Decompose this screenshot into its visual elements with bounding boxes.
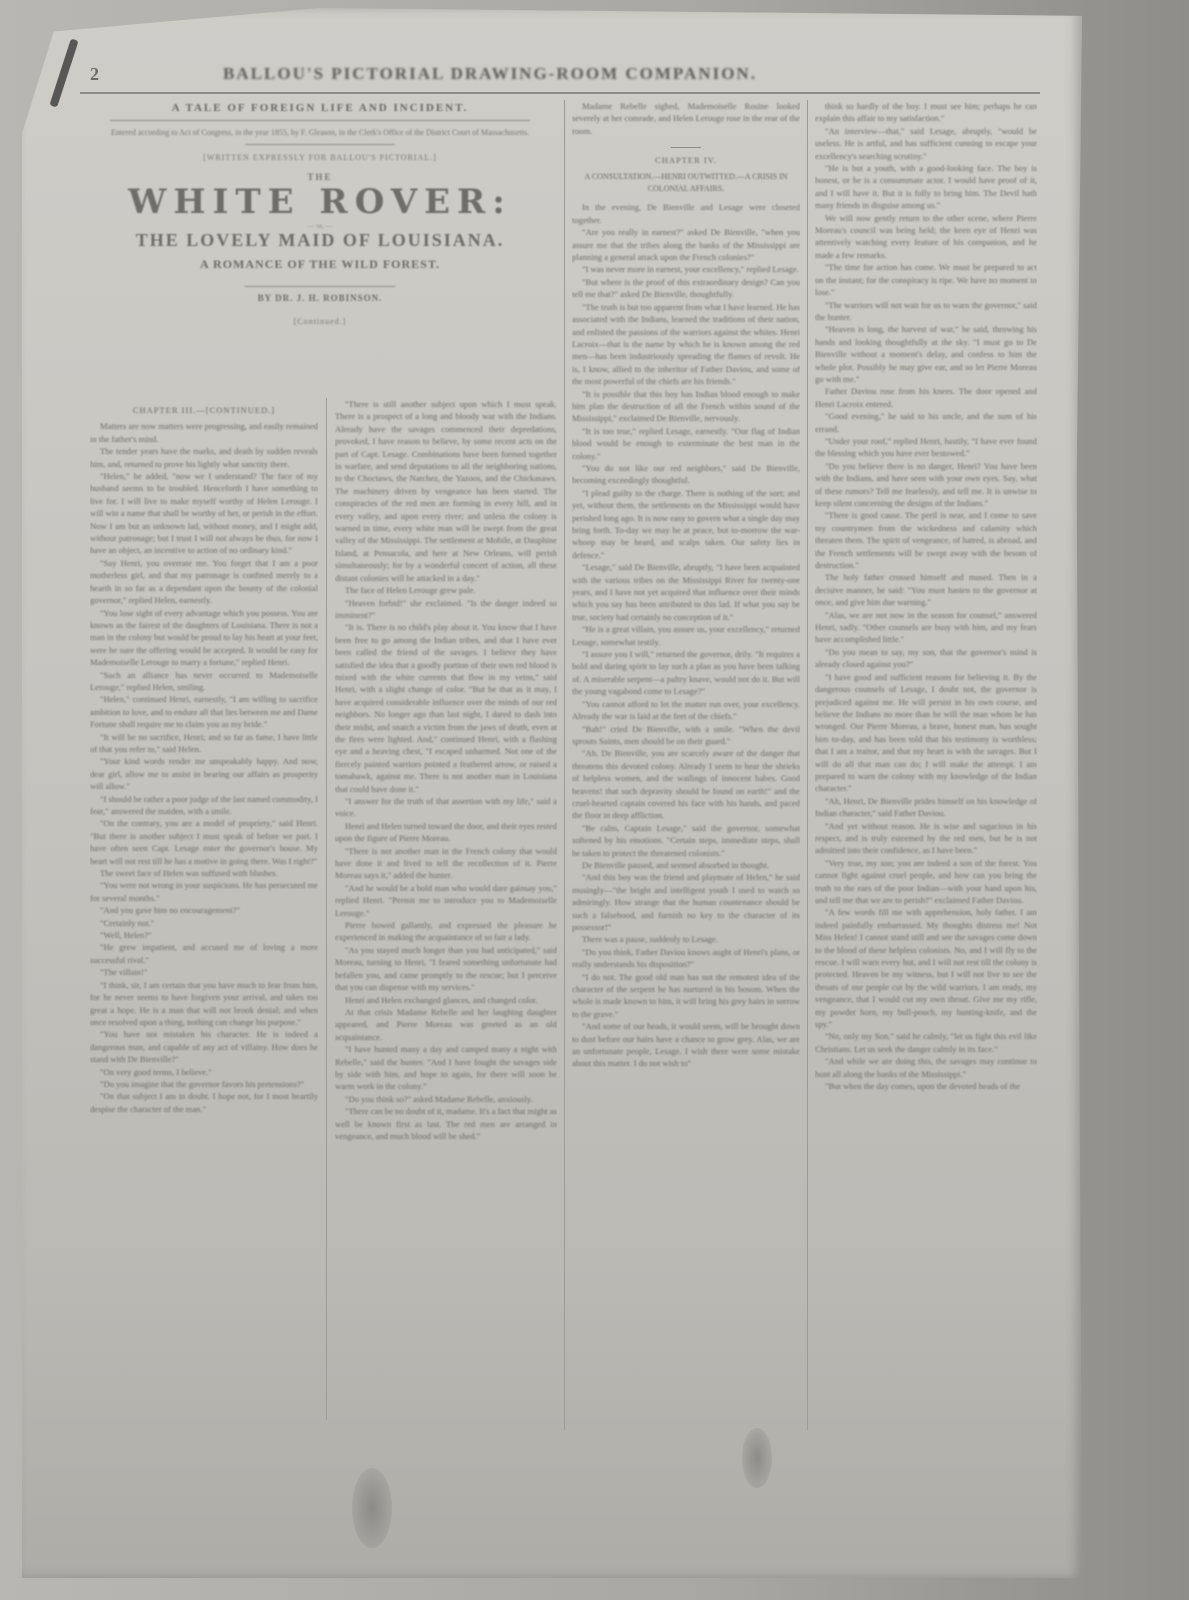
paragraph: "And this boy was the friend and playmat…: [572, 871, 800, 933]
paragraph: "There can be no doubt of it, madame. It…: [335, 1105, 557, 1142]
paragraph: "I plead guilty to the charge. There is …: [572, 487, 800, 561]
paragraph: "No, only my Son," said he calmly, "let …: [815, 1030, 1037, 1055]
paragraph: "Are you really in earnest?" asked De Bi…: [572, 226, 800, 263]
paragraph: We will now gently return to the other s…: [815, 212, 1037, 262]
paragraph: "Heaven is long, the harvest of war," he…: [815, 323, 1037, 385]
paragraph: "And some of our heads, it would seem, w…: [572, 1020, 800, 1070]
paragraph: "And while we are doing this, the savage…: [815, 1055, 1037, 1080]
chapter-subtitle: A Consultation.—Henri Outwitted.—A Crisi…: [572, 171, 800, 196]
paragraph: "Do you believe there is no danger, Henr…: [815, 460, 1037, 510]
publication-title: Ballou's Pictorial Drawing-Room Companio…: [130, 64, 850, 84]
column-4: think so hardly of the boy. I must see h…: [815, 100, 1037, 1455]
paragraph: "Alas, we are not now in the season for …: [815, 609, 1037, 646]
paragraph: "Under your roof," replied Henri, hastil…: [815, 435, 1037, 460]
column-intro: Madame Rebelle sighed, Mademoiselle Rosi…: [572, 100, 800, 137]
rule: [245, 144, 395, 145]
paragraph: "I answer for the truth of that assertio…: [335, 795, 557, 820]
paragraph: "Good evening," he said to his uncle, an…: [815, 410, 1037, 435]
paragraph: "There is still another subject upon whi…: [335, 398, 557, 584]
page-number: 2: [90, 64, 130, 85]
paragraph: "And he would be a bold man who would da…: [335, 882, 557, 919]
paragraph: "Be calm, Captain Lesage," said the gove…: [572, 822, 800, 859]
paragraph: "I do not. The good old man has not the …: [572, 971, 800, 1021]
paragraph: "It is possible that this boy has Indian…: [572, 388, 800, 425]
column-rule: [807, 100, 808, 1430]
column-body: "There is still another subject upon whi…: [335, 398, 557, 1142]
masthead: 2 Ballou's Pictorial Drawing-Room Compan…: [90, 58, 850, 90]
paragraph: "Bah!" cried De Bienville, with a smile.…: [572, 723, 800, 748]
paragraph: "You cannot afford to let the matter run…: [572, 698, 800, 723]
paragraph: "Say Henri, you overrate me. You forget …: [90, 557, 318, 607]
paragraph: "And you gave him no encouragement?": [90, 904, 318, 916]
column-1: Chapter III.—[Continued.] Matters are no…: [90, 398, 318, 1508]
paragraph: "Heaven forbid!" she exclaimed. "Is the …: [335, 597, 557, 622]
paragraph: "He is a great villain, you assure us, y…: [572, 623, 800, 648]
paragraph: "Very true, my son; you are indeed a son…: [815, 857, 1037, 907]
story-byline: By Dr. J. H. Robinson.: [90, 293, 550, 303]
paragraph: "It will be no sacrifice, Henri; and so …: [90, 731, 318, 756]
continued-note: [Continued.]: [90, 317, 550, 326]
paragraph: "It is. There is no child's play about i…: [335, 621, 557, 795]
article-columns: A Tale of Foreign Life and Incident. Ent…: [90, 100, 1040, 1490]
title-or: — or, —: [90, 222, 550, 230]
paragraph: Henri and Helen exchanged glances, and c…: [335, 994, 557, 1006]
paragraph: The holy father crossed himself and muse…: [815, 571, 1037, 608]
paragraph: The tender years have the marks, and dea…: [90, 445, 318, 470]
story-header: A Tale of Foreign Life and Incident. Ent…: [90, 100, 550, 326]
paragraph: Father Daviou rose from his knees. The d…: [815, 385, 1037, 410]
paragraph: "Do you think, Father Daviou knows aught…: [572, 946, 800, 971]
paragraph: Henri and Helen turned toward the door, …: [335, 820, 557, 845]
paragraph: "Your kind words render me unspeakably h…: [90, 755, 318, 792]
paragraph: "On that subject I am in doubt. I hope n…: [90, 1090, 318, 1115]
column-body: think so hardly of the boy. I must see h…: [815, 100, 1037, 1093]
paragraph: "I assure you I will," returned the gove…: [572, 648, 800, 698]
rule: [245, 286, 395, 287]
chapter-heading: Chapter III.—[Continued.]: [90, 404, 318, 416]
rule: [671, 147, 701, 148]
masthead-rule: [80, 92, 1040, 94]
paragraph: "Helen," continued Henri, earnestly, "I …: [90, 693, 318, 730]
paragraph: In the evening, De Bienville and Lesage …: [572, 201, 800, 226]
column-rule: [326, 398, 327, 1420]
column-body: Matters are now matters were progressing…: [90, 420, 318, 1115]
paragraph: "Certainly not.": [90, 917, 318, 929]
column-2: "There is still another subject upon whi…: [335, 398, 557, 1513]
paragraph: "A few words fill me with apprehension, …: [815, 906, 1037, 1030]
written-for-note: [Written expressly for Ballou's Pictoria…: [90, 153, 550, 162]
paragraph: "I have hunted many a day and camped man…: [335, 1043, 557, 1093]
chapter-heading: Chapter IV.: [572, 154, 800, 166]
paragraph: "I have good and sufficient reasons for …: [815, 671, 1037, 795]
column-body: In the evening, De Bienville and Lesage …: [572, 201, 800, 1069]
paragraph: Matters are now matters were progressing…: [90, 420, 318, 445]
paragraph: At that crisis Madame Rebelle and her la…: [335, 1006, 557, 1043]
rule: [110, 120, 530, 121]
paragraph: "But when the day comes, upon the devote…: [815, 1080, 1037, 1092]
paragraph: "Well, Helen?": [90, 929, 318, 941]
story-title: White Rover:: [90, 182, 550, 222]
paragraph: The sweet face of Helen was suffused wit…: [90, 867, 318, 879]
paragraph: "Ah, De Bienville, you are scarcely awar…: [572, 747, 800, 821]
paragraph: "He grew impatient, and accused me of lo…: [90, 941, 318, 966]
paragraph: "There is not another man in the French …: [335, 845, 557, 882]
paragraph: think so hardly of the boy. I must see h…: [815, 100, 1037, 125]
paragraph: "Do you think so?" asked Madame Rebelle,…: [335, 1093, 557, 1105]
column-rule: [564, 100, 565, 1430]
paragraph: De Bienville paused, and seemed absorbed…: [572, 859, 800, 871]
paragraph: "There is good cause. The peril is near,…: [815, 509, 1037, 571]
paragraph: "He is but a youth, with a good-looking …: [815, 162, 1037, 212]
story-tagline: A Romance of the Wild Forest.: [90, 257, 550, 272]
paragraph: "Such an alliance has never occurred to …: [90, 669, 318, 694]
paragraph: "An interview—that," said Lesage, abrupt…: [815, 125, 1037, 162]
paragraph: "You do not like our red neighbors," sai…: [572, 462, 800, 487]
paragraph: "I should be rather a poor judge of the …: [90, 793, 318, 818]
paragraph: The face of Helen Lerouge grew pale.: [335, 584, 557, 596]
paragraph: "But where is the proof of this extraord…: [572, 276, 800, 301]
paragraph: "As you stayed much longer than you had …: [335, 944, 557, 994]
paragraph: "On the contrary, you are a model of pro…: [90, 817, 318, 867]
paragraph: "I think, sir, I am certain that you hav…: [90, 979, 318, 1029]
paragraph: "Lesage," said De Bienville, abruptly, "…: [572, 561, 800, 623]
title-article: The: [90, 172, 550, 182]
paragraph: There was a pause, suddenly to Lesage.: [572, 933, 800, 945]
copyright-notice: Entered according to Act of Congress, in…: [90, 127, 550, 138]
paragraph: Pierre bowed gallantly, and expressed th…: [335, 919, 557, 944]
paragraph: "You have not mistaken his character. He…: [90, 1028, 318, 1065]
paragraph: "You lose sight of every advantage which…: [90, 607, 318, 669]
paragraph: "Helen," he added, "now we I understand?…: [90, 470, 318, 557]
paragraph: "It is too true," replied Lesage, earnes…: [572, 425, 800, 462]
paragraph: "The time for action has come. We must b…: [815, 261, 1037, 298]
story-subtitle: The Lovely Maid of Louisiana.: [90, 230, 550, 251]
paragraph: "The warriors will not wait for us to wa…: [815, 299, 1037, 324]
paragraph: "Do you imagine that the governor favors…: [90, 1078, 318, 1090]
paragraph: "The villain!": [90, 966, 318, 978]
story-kicker: A Tale of Foreign Life and Incident.: [90, 100, 550, 114]
paragraph: "On very good terms, I believe.": [90, 1066, 318, 1078]
paragraph: "You were not wrong in your suspicions. …: [90, 879, 318, 904]
column-3: Madame Rebelle sighed, Mademoiselle Rosi…: [572, 100, 800, 1485]
paragraph: "The truth is but too apparent from what…: [572, 301, 800, 388]
paragraph: "I was never more in earnest, your excel…: [572, 263, 800, 275]
paragraph: "And yet without reason. He is wise and …: [815, 820, 1037, 857]
paragraph: "Ah, Henri, De Bienville prides himself …: [815, 795, 1037, 820]
paragraph: "Do you mean to say, my son, that the go…: [815, 646, 1037, 671]
